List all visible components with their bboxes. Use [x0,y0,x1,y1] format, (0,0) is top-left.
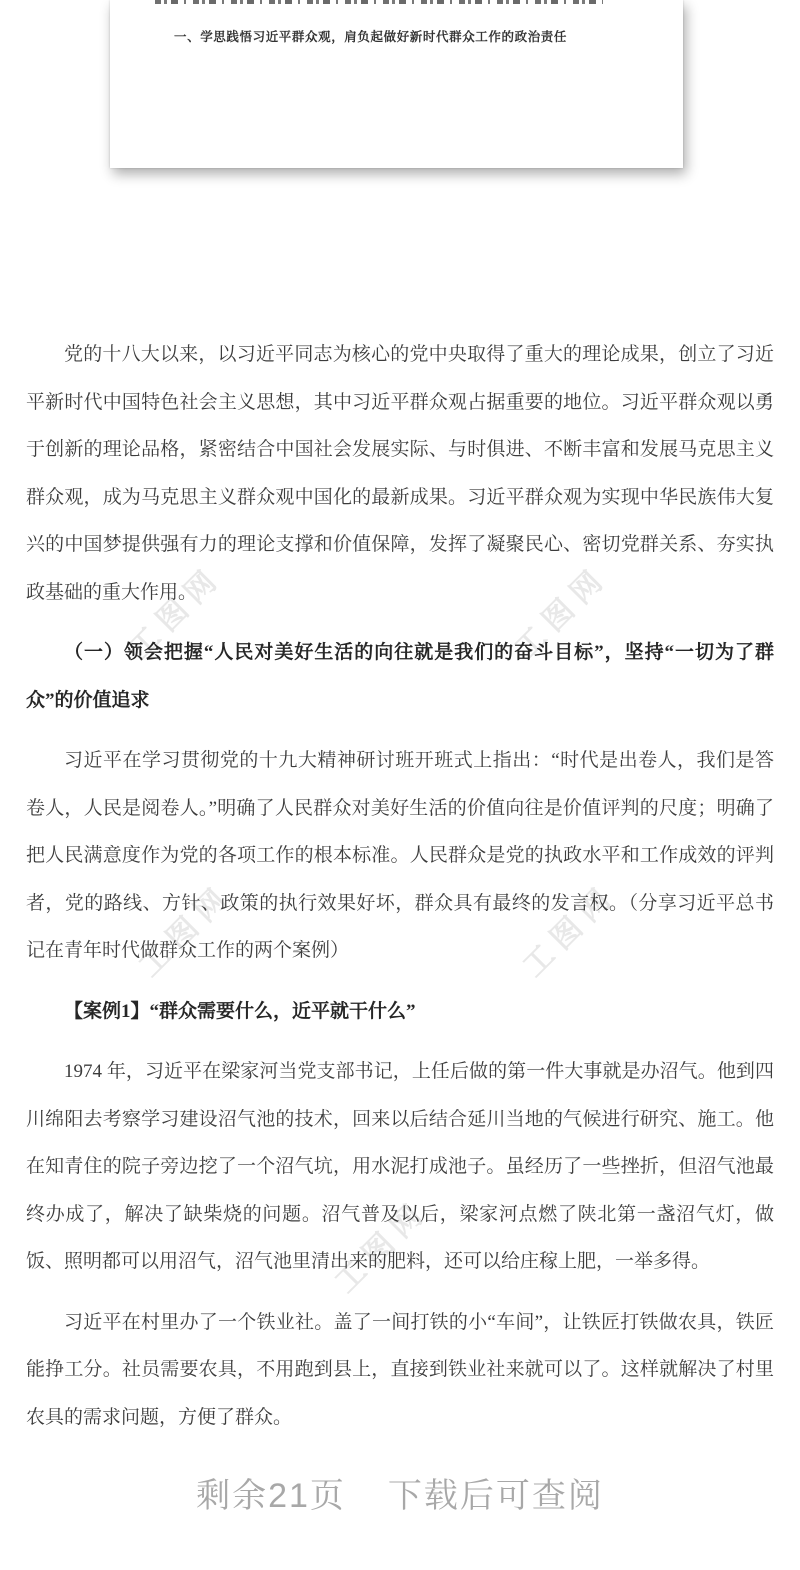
page-preview-card[interactable]: 一、学思践悟习近平群众观，肩负起做好新时代群众工作的政治责任 [110,0,683,168]
document-heading: 【案例1】“群众需要什么，近平就干什么” [26,988,774,1036]
remaining-pages-label: 剩余21页 [196,1477,346,1515]
section-heading: 一、学思践悟习近平群众观，肩负起做好新时代群众工作的政治责任 [174,29,669,45]
document-paragraph: 党的十八大以来，以习近平同志为核心的党中央取得了重大的理论成果，创立了习近平新时… [26,331,774,616]
download-hint-label: 下载后可查阅 [388,1477,604,1515]
document-paragraph: 习近平在学习贯彻党的十九大精神研讨班开班式上指出：“时代是出卷人，我们是答卷人，… [26,737,774,975]
document-body: 党的十八大以来，以习近平同志为核心的党中央取得了重大的理论成果，创立了习近平新时… [26,331,774,1454]
remaining-pages-banner: 剩余21页下载后可查阅 [0,1468,800,1517]
document-paragraph: 习近平在村里办了一个铁业社。盖了一间打铁的小“车间”，让铁匠打铁做农具，铁匠能挣… [26,1299,774,1442]
document-heading: （一）领会把握“人民对美好生活的向往就是我们的奋斗目标”，坚持“一切为了群众”的… [26,629,774,724]
document-paragraph: 1974 年，习近平在梁家河当党支部书记，上任后做的第一件大事就是办沼气。他到四… [26,1048,774,1286]
cropped-text-remnant [155,0,603,4]
